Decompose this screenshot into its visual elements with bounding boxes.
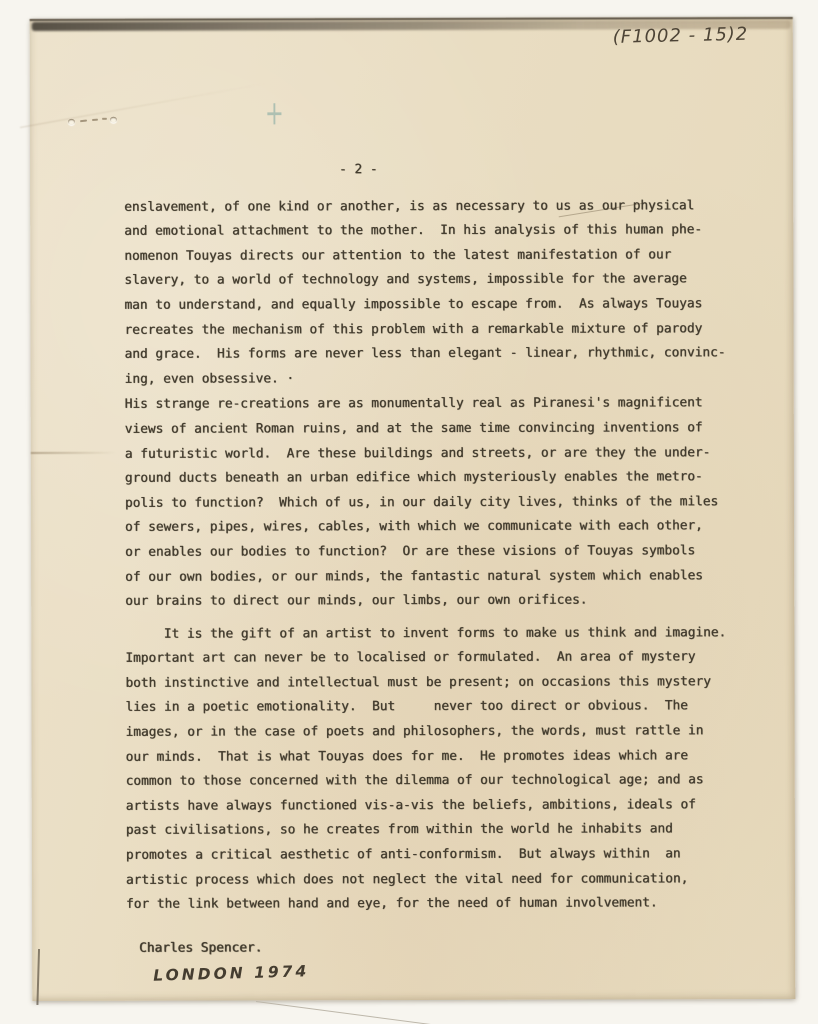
paragraph-2: His strange re-creations are as monument… xyxy=(125,391,748,614)
signature-location-handwritten: LONDON 1974 xyxy=(153,960,310,989)
bottom-left-crack xyxy=(36,949,40,1005)
staple-holes-icon xyxy=(68,114,124,126)
staple-hole-left xyxy=(68,119,75,125)
paper-crease-diagonal xyxy=(20,83,266,128)
handwritten-reference-code: (F1002 - 15)2 xyxy=(613,24,749,48)
staple-mark xyxy=(92,119,98,121)
typewritten-text-block: - 2 - enslavement, of one kind or anothe… xyxy=(124,157,748,987)
scan-hairline-scratch xyxy=(256,1001,433,1024)
paragraph-3: It is the gift of an artist to invent fo… xyxy=(125,621,748,918)
staple-mark xyxy=(102,118,107,120)
paper-fold-crease xyxy=(31,452,116,454)
scanned-letter-page: + (F1002 - 15)2 - 2 - enslavement, of on… xyxy=(30,17,796,1001)
paragraph-1: enslavement, of one kind or another, is … xyxy=(124,194,747,392)
pencil-cross-mark: + xyxy=(265,96,284,130)
page-number: - 2 - xyxy=(339,157,746,183)
staple-mark xyxy=(80,119,87,121)
signature-name: Charles Spencer. xyxy=(139,935,748,961)
staple-hole-right xyxy=(110,117,117,123)
